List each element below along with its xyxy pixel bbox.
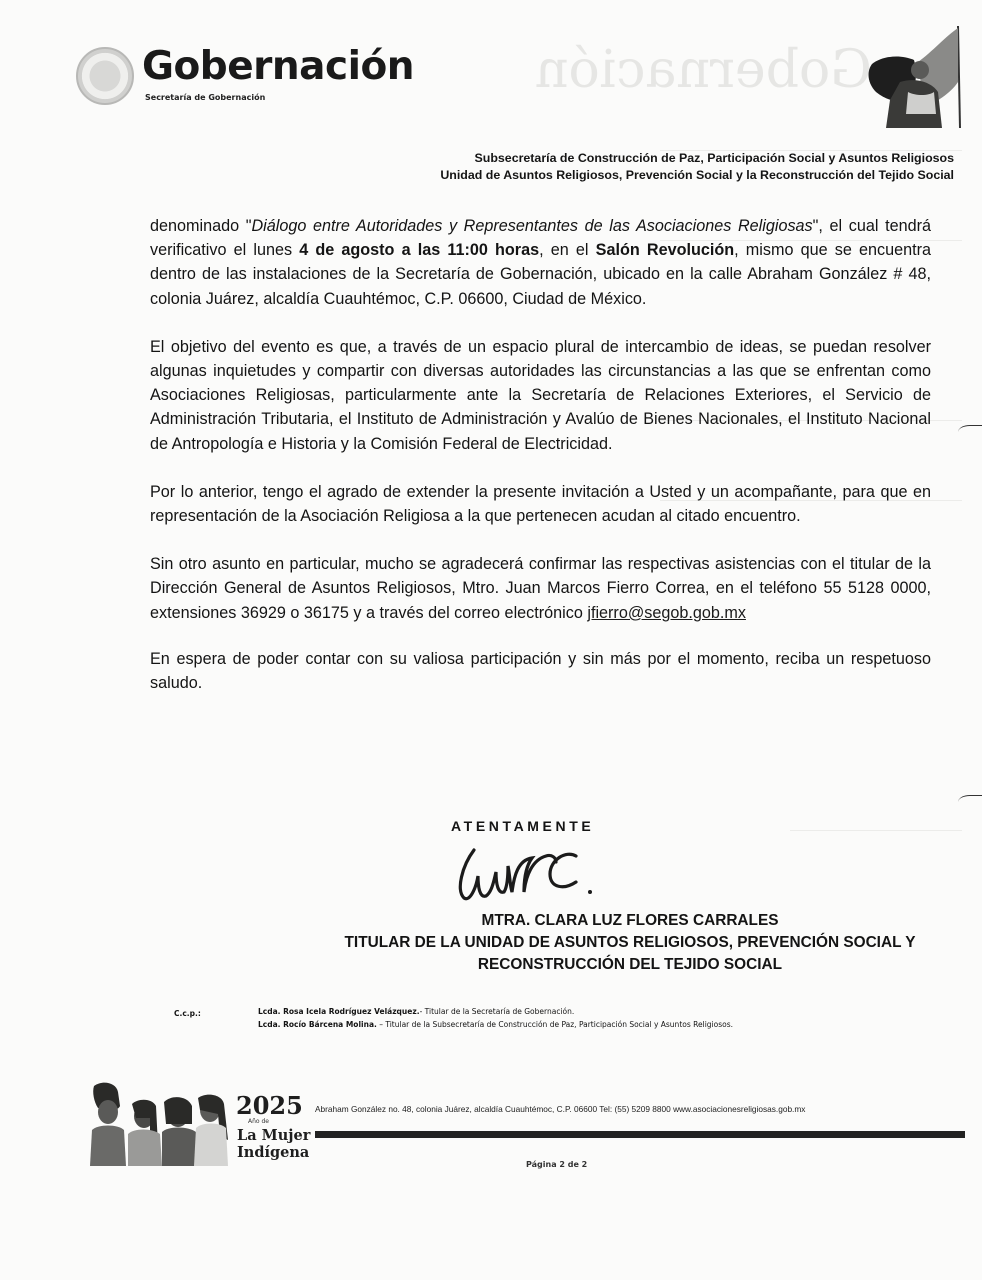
- ccp-item: Lcda. Rosa Icela Rodríguez Velázquez.- T…: [258, 1006, 733, 1019]
- ccp-name: Lcda. Rosa Icela Rodríguez Velázquez.: [258, 1007, 420, 1016]
- signer-name: MTRA. CLARA LUZ FLORES CARRALES: [310, 910, 950, 932]
- text: , en el: [539, 241, 596, 259]
- event-venue: Salón Revolución: [596, 241, 734, 259]
- closing-word: ATENTAMENTE: [451, 818, 594, 834]
- department-heading: Subsecretaría de Construcción de Paz, Pa…: [440, 150, 954, 184]
- page-number: Página 2 de 2: [526, 1160, 587, 1169]
- ccp-role: - Titular de la Secretaría de Gobernació…: [420, 1007, 575, 1016]
- scan-edge-mark: [958, 795, 982, 809]
- text: Sin otro asunto en particular, mucho se …: [150, 555, 931, 621]
- ccp-role: – Titular de la Subsecretaría de Constru…: [377, 1020, 733, 1029]
- event-datetime: 4 de agosto a las 11:00 horas: [299, 241, 539, 259]
- ccp-label: C.c.p.:: [174, 1009, 201, 1018]
- scan-edge-mark: [958, 425, 982, 439]
- year-badge: 2025: [236, 1094, 303, 1118]
- email-link[interactable]: jfierro@segob.gob.mx: [587, 604, 746, 622]
- year-theme-line2: Indígena: [237, 1145, 309, 1160]
- year-subtitle: Año de: [248, 1118, 269, 1125]
- logo-subtitle: Secretaría de Gobernación: [145, 93, 265, 102]
- ccp-name: Lcda. Rocío Bárcena Molina.: [258, 1020, 377, 1029]
- subsecretaria-line: Subsecretaría de Construcción de Paz, Pa…: [440, 150, 954, 167]
- footer-address: Abraham González no. 48, colonia Juárez,…: [315, 1104, 805, 1114]
- unidad-line: Unidad de Asuntos Religiosos, Prevención…: [440, 167, 954, 184]
- event-name: Diálogo entre Autoridades y Representant…: [251, 217, 812, 235]
- paragraph-event-details: denominado "Diálogo entre Autoridades y …: [150, 214, 931, 311]
- signer-block: MTRA. CLARA LUZ FLORES CARRALES TITULAR …: [310, 910, 950, 976]
- paragraph-closing: En espera de poder contar con su valiosa…: [150, 647, 931, 695]
- handwritten-signature-icon: [452, 836, 592, 906]
- letter-body: denominado "Diálogo entre Autoridades y …: [150, 214, 931, 719]
- footer-rule: [315, 1131, 965, 1138]
- paragraph-objective: El objetivo del evento es que, a través …: [150, 335, 931, 456]
- logo-title: Gobernación: [142, 44, 414, 89]
- year-theme-line1: La Mujer: [237, 1128, 310, 1143]
- bleed-through-text: Gobernación: [535, 40, 872, 100]
- paragraph-confirmation: Sin otro asunto en particular, mucho se …: [150, 552, 931, 625]
- signer-title-line1: TITULAR DE LA UNIDAD DE ASUNTOS RELIGIOS…: [310, 932, 950, 954]
- ccp-item: Lcda. Rocío Bárcena Molina. – Titular de…: [258, 1019, 733, 1032]
- signer-title-line2: RECONSTRUCCIÓN DEL TEJIDO SOCIAL: [310, 954, 950, 976]
- coat-of-arms-seal-icon: [76, 47, 134, 105]
- bleed-through-line: [790, 830, 962, 831]
- flag-bearer-figure-icon: [858, 22, 962, 130]
- paragraph-invitation: Por lo anterior, tengo el agrado de exte…: [150, 480, 931, 528]
- indigenous-women-illustration-icon: [88, 1080, 230, 1166]
- text: denominado ": [150, 217, 251, 235]
- ccp-list: Lcda. Rosa Icela Rodríguez Velázquez.- T…: [258, 1006, 733, 1031]
